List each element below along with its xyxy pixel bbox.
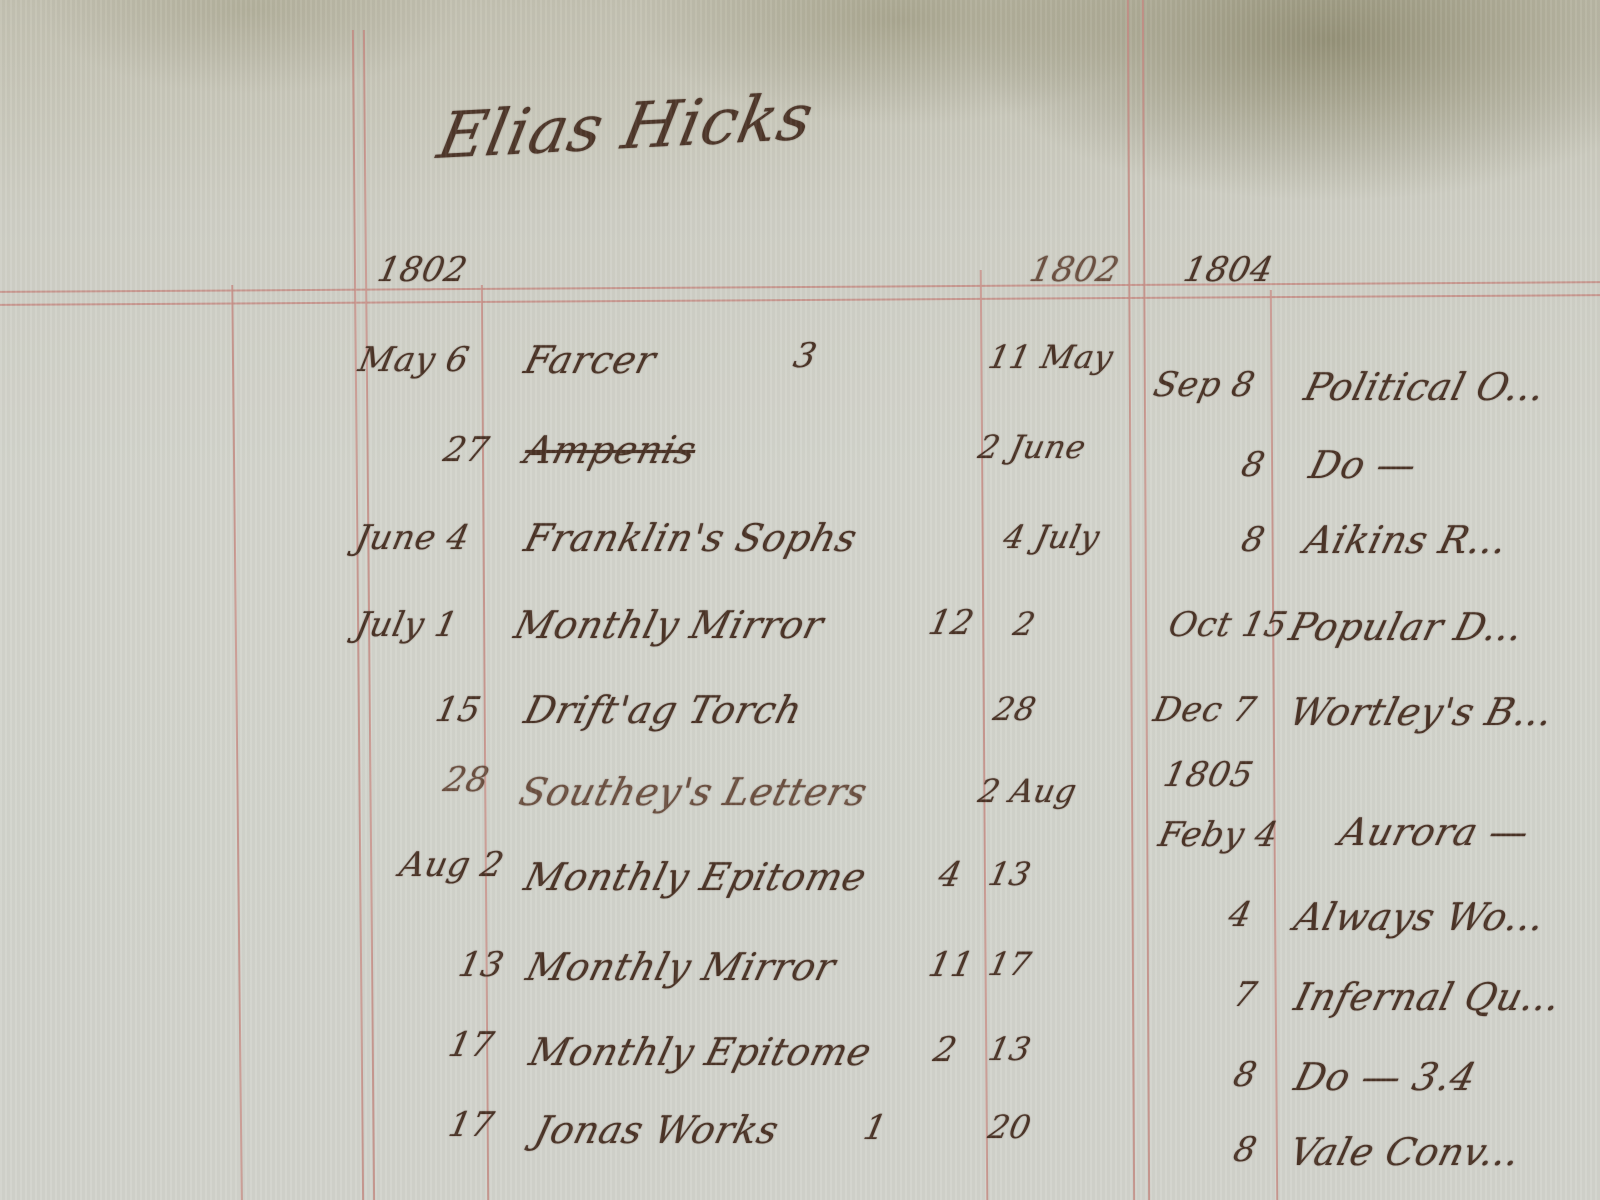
entry-returned: 4 July xyxy=(1000,518,1103,556)
entry-title: Aurora — xyxy=(1335,810,1534,854)
entry-date: 8 xyxy=(1238,520,1269,560)
entry-date: 8 xyxy=(1230,1130,1261,1170)
entry-date: Feby 4 xyxy=(1155,815,1282,855)
entry-title: Jonas Works xyxy=(530,1108,783,1152)
entry-volumes: 12 xyxy=(925,603,978,643)
entry-title: Always Wo... xyxy=(1290,895,1550,939)
entry-returned: 2 Aug xyxy=(975,772,1080,810)
entry-date: 8 xyxy=(1238,445,1269,485)
entry-volumes: 2 xyxy=(930,1030,961,1070)
entry-title: Popular D... xyxy=(1285,605,1528,649)
entry-title: Farcer xyxy=(520,338,661,382)
entry-title: Monthly Epitome xyxy=(525,1030,876,1074)
entry-title: Aikins R... xyxy=(1300,518,1512,562)
entry-returned: 13 xyxy=(985,1030,1035,1068)
entry-returned: 2 xyxy=(1010,605,1039,643)
entry-date: 15 xyxy=(432,690,485,730)
entry-title: Southey's Letters xyxy=(515,770,872,814)
rule-line-title-right xyxy=(1270,290,1278,1200)
entry-date: May 6 xyxy=(355,340,473,380)
year-header-right: 1804 xyxy=(1180,250,1277,290)
entry-title: Drift'ag Torch xyxy=(520,688,807,732)
entry-title: Ampenis xyxy=(520,428,701,472)
entry-date: 28 xyxy=(440,760,493,800)
entry-date: Sep 8 xyxy=(1150,365,1259,405)
year-header-return: 1802 xyxy=(1026,250,1123,290)
entry-date: 4 xyxy=(1225,895,1256,935)
entry-volumes: 4 xyxy=(935,855,966,895)
entry-date: Oct 15 xyxy=(1165,605,1291,645)
year-header-left: 1802 xyxy=(374,250,471,290)
entry-returned: 13 xyxy=(985,855,1035,893)
entry-title: Do — 3.4 xyxy=(1290,1055,1481,1099)
entry-date: June 4 xyxy=(352,518,474,558)
entry-date: Aug 2 xyxy=(396,845,508,885)
entry-returned: 11 May xyxy=(985,338,1117,376)
entry-returned: 20 xyxy=(985,1108,1035,1146)
entry-title: Monthly Mirror xyxy=(522,945,840,989)
entry-date: Dec 7 xyxy=(1150,690,1260,730)
year-header-right-second: 1805 xyxy=(1160,755,1257,795)
entry-returned: 17 xyxy=(985,945,1035,983)
entry-volumes: 1 xyxy=(860,1108,891,1148)
rule-line-center-a xyxy=(1127,0,1135,1200)
entry-date: July 1 xyxy=(352,605,462,645)
entry-date: 7 xyxy=(1230,975,1261,1015)
entry-title: Do — xyxy=(1305,443,1421,487)
account-name-heading: Elias Hicks xyxy=(432,81,819,174)
entry-title: Political O... xyxy=(1300,365,1550,409)
entry-date: 8 xyxy=(1230,1055,1261,1095)
entry-returned: 2 June xyxy=(975,428,1090,466)
entry-date: 27 xyxy=(440,430,493,470)
entry-volumes: 11 xyxy=(925,945,978,985)
entry-title: Monthly Epitome xyxy=(520,855,871,899)
rule-line-margin xyxy=(231,285,243,1200)
entry-date: 17 xyxy=(445,1105,498,1145)
entry-title: Monthly Mirror xyxy=(510,603,828,647)
entry-title: Infernal Qu... xyxy=(1290,975,1565,1019)
entry-date: 13 xyxy=(455,945,508,985)
entry-title: Wortley's B... xyxy=(1285,690,1558,734)
entry-returned: 28 xyxy=(990,690,1040,728)
rule-line-center-b xyxy=(1142,0,1150,1200)
rule-line-header-top xyxy=(0,281,1600,293)
ledger-page: Elias Hicks 1802 1802 1804 May 6 Farcer … xyxy=(0,0,1600,1200)
entry-title: Franklin's Sophs xyxy=(520,516,862,560)
entry-date: 17 xyxy=(445,1025,498,1065)
rule-line-header-bottom xyxy=(0,294,1600,306)
entry-title: Vale Conv... xyxy=(1285,1130,1525,1174)
entry-volumes: 3 xyxy=(790,336,821,376)
